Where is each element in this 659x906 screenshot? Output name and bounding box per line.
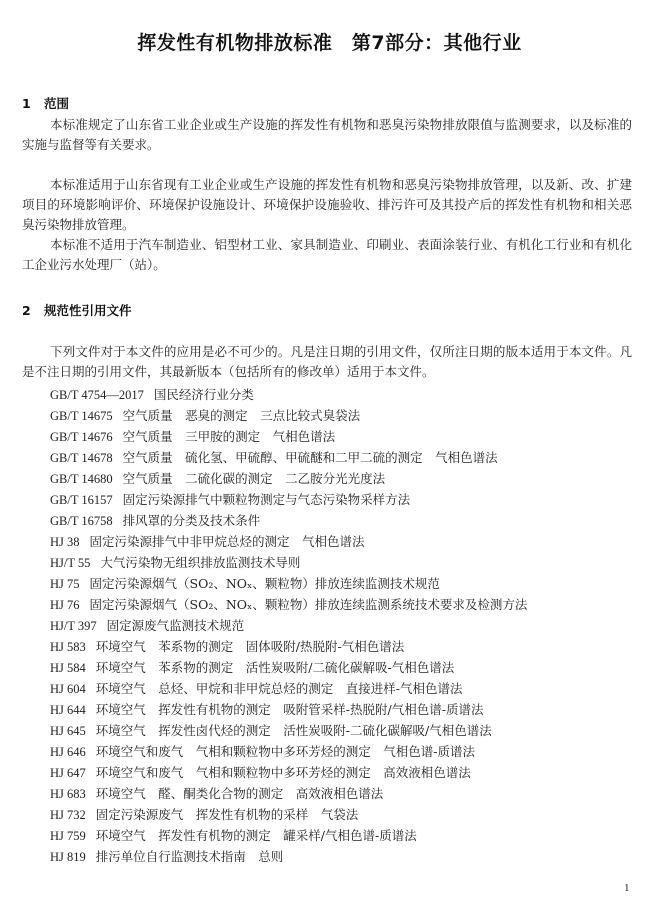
section-number: 2 [22,303,44,318]
section-title: 范围 [44,96,69,111]
reference-item: HJ 604环境空气 总烃、甲烷和非甲烷总烃的测定 直接进样-气相色谱法 [50,678,527,699]
reference-item: HJ 644环境空气 挥发性有机物的测定 吸附管采样-热脱附/气相色谱-质谱法 [50,699,527,720]
reference-item: HJ 584环境空气 苯系物的测定 活性炭吸附/二硫化碳解吸-气相色谱法 [50,657,527,678]
reference-title: 固定污染源烟气（SO₂、NOₓ、颗粒物）排放连续监测系统技术要求及检测方法 [90,597,528,612]
reference-title: 固定污染源烟气（SO₂、NOₓ、颗粒物）排放连续监测技术规范 [90,576,440,591]
reference-item: HJ 75固定污染源烟气（SO₂、NOₓ、颗粒物）排放连续监测技术规范 [50,573,527,594]
reference-code: HJ 583 [50,637,86,658]
reference-code: GB/T 14680 [50,469,113,490]
reference-code: GB/T 16758 [50,511,113,532]
reference-code: GB/T 14676 [50,427,113,448]
reference-title: 空气质量 三甲胺的测定 气相色谱法 [123,429,336,444]
page-title: 挥发性有机物排放标准 第7部分：其他行业 [0,28,659,55]
paragraph: 本标准适用于山东省现有工业企业或生产设施的挥发性有机物和恶臭污染物排放管理，以及… [22,175,632,235]
reference-code: HJ 646 [50,742,86,763]
reference-title: 固定污染源废气 挥发性有机物的采样 气袋法 [96,807,359,822]
reference-item: GB/T 4754—2017国民经济行业分类 [50,384,527,405]
reference-item: HJ 583环境空气 苯系物的测定 固体吸附/热脱附-气相色谱法 [50,636,527,657]
reference-title: 排风罩的分类及技术条件 [123,513,261,528]
reference-title: 环境空气 苯系物的测定 固体吸附/热脱附-气相色谱法 [96,639,404,654]
section-number: 1 [22,96,44,111]
reference-item: GB/T 14678空气质量 硫化氢、甲硫醇、甲硫醚和二甲二硫的测定 气相色谱法 [50,447,527,468]
reference-code: HJ 584 [50,658,86,679]
section-title: 规范性引用文件 [44,303,132,318]
reference-code: HJ 819 [50,847,86,868]
reference-code: HJ 732 [50,805,86,826]
reference-item: GB/T 14675空气质量 恶臭的测定 三点比较式臭袋法 [50,405,527,426]
reference-code: HJ 604 [50,679,86,700]
reference-item: HJ 646环境空气和废气 气相和颗粒物中多环芳烃的测定 气相色谱-质谱法 [50,741,527,762]
reference-title: 空气质量 二硫化碳的测定 二乙胺分光光度法 [123,471,386,486]
reference-title: 环境空气 挥发性有机物的测定 吸附管采样-热脱附/气相色谱-质谱法 [96,702,484,717]
reference-title: 大气污染物无组织排放监测技术导则 [100,555,300,570]
reference-title: 空气质量 恶臭的测定 三点比较式臭袋法 [123,408,361,423]
reference-item: HJ 683环境空气 醛、酮类化合物的测定 高效液相色谱法 [50,783,527,804]
reference-title: 排污单位自行监测技术指南 总则 [96,849,284,864]
reference-code: HJ 683 [50,784,86,805]
reference-title: 环境空气 醛、酮类化合物的测定 高效液相色谱法 [96,786,384,801]
reference-title: 环境空气 苯系物的测定 活性炭吸附/二硫化碳解吸-气相色谱法 [96,660,454,675]
reference-item: GB/T 14680空气质量 二硫化碳的测定 二乙胺分光光度法 [50,468,527,489]
reference-code: HJ 647 [50,763,86,784]
reference-list: GB/T 4754—2017国民经济行业分类GB/T 14675空气质量 恶臭的… [50,384,527,867]
reference-code: HJ 75 [50,574,80,595]
reference-title: 固定污染源排气中非甲烷总烃的测定 气相色谱法 [90,534,365,549]
reference-code: HJ 38 [50,532,80,553]
reference-item: HJ 647环境空气和废气 气相和颗粒物中多环芳烃的测定 高效液相色谱法 [50,762,527,783]
reference-item: GB/T 16157固定污染源排气中颗粒物测定与气态污染物采样方法 [50,489,527,510]
reference-title: 固定源废气监测技术规范 [107,618,245,633]
reference-title: 环境空气和废气 气相和颗粒物中多环芳烃的测定 高效液相色谱法 [96,765,471,780]
reference-code: HJ 76 [50,595,80,616]
reference-code: GB/T 16157 [50,490,113,511]
reference-code: GB/T 14678 [50,448,113,469]
reference-code: HJ/T 397 [50,616,97,637]
reference-code: HJ/T 55 [50,553,90,574]
reference-item: HJ 732固定污染源废气 挥发性有机物的采样 气袋法 [50,804,527,825]
reference-title: 环境空气 挥发性有机物的测定 罐采样/气相色谱-质谱法 [96,828,417,843]
reference-title: 环境空气 挥发性卤代烃的测定 活性炭吸附-二硫化碳解吸/气相色谱法 [96,723,492,738]
paragraph: 本标准规定了山东省工业企业或生产设施的挥发性有机物和恶臭污染物排放限值与监测要求… [22,115,632,155]
reference-item: HJ 38固定污染源排气中非甲烷总烃的测定 气相色谱法 [50,531,527,552]
reference-code: HJ 759 [50,826,86,847]
reference-code: GB/T 4754—2017 [50,385,144,406]
reference-item: HJ/T 397固定源废气监测技术规范 [50,615,527,636]
reference-item: HJ/T 55大气污染物无组织排放监测技术导则 [50,552,527,573]
reference-title: 环境空气 总烃、甲烷和非甲烷总烃的测定 直接进样-气相色谱法 [96,681,463,696]
reference-title: 环境空气和废气 气相和颗粒物中多环芳烃的测定 气相色谱-质谱法 [96,744,475,759]
section-heading-normative-references: 2规范性引用文件 [22,301,132,319]
reference-item: HJ 76固定污染源烟气（SO₂、NOₓ、颗粒物）排放连续监测系统技术要求及检测… [50,594,527,615]
section-heading-scope: 1范围 [22,94,69,112]
reference-item: HJ 645环境空气 挥发性卤代烃的测定 活性炭吸附-二硫化碳解吸/气相色谱法 [50,720,527,741]
reference-title: 固定污染源排气中颗粒物测定与气态污染物采样方法 [123,492,411,507]
page-number: 1 [624,882,630,894]
reference-item: HJ 819排污单位自行监测技术指南 总则 [50,846,527,867]
reference-item: HJ 759环境空气 挥发性有机物的测定 罐采样/气相色谱-质谱法 [50,825,527,846]
reference-title: 国民经济行业分类 [154,387,254,402]
reference-item: GB/T 16758排风罩的分类及技术条件 [50,510,527,531]
reference-title: 空气质量 硫化氢、甲硫醇、甲硫醚和二甲二硫的测定 气相色谱法 [123,450,498,465]
paragraph: 本标准不适用于汽车制造业、铝型材工业、家具制造业、印刷业、表面涂装行业、有机化工… [22,235,632,275]
reference-item: GB/T 14676空气质量 三甲胺的测定 气相色谱法 [50,426,527,447]
reference-code: HJ 645 [50,721,86,742]
paragraph: 下列文件对于本文件的应用是必不可少的。凡是注日期的引用文件，仅所注日期的版本适用… [22,342,632,382]
reference-code: GB/T 14675 [50,406,113,427]
reference-code: HJ 644 [50,700,86,721]
